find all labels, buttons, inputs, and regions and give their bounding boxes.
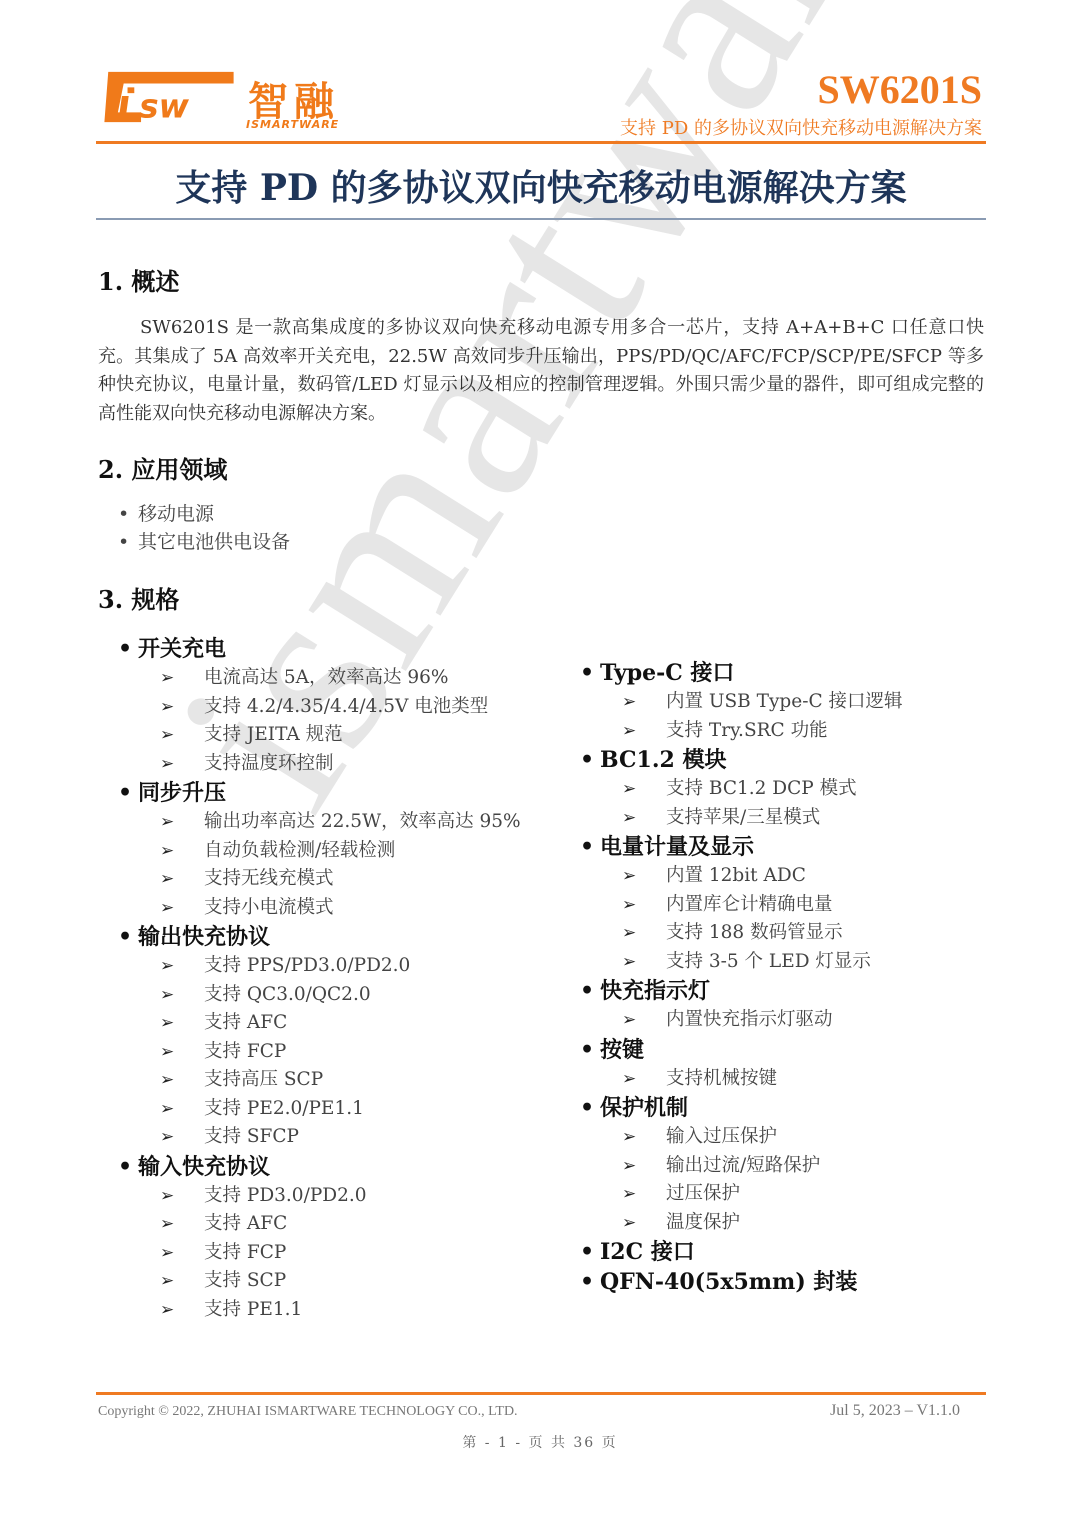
arrow-bullet-icon: ➢: [160, 693, 204, 722]
bullet-icon: •: [580, 976, 600, 1006]
spec-item: ➢支持高压 SCP: [118, 1066, 521, 1095]
section-heading-applications: 2. 应用领域: [98, 450, 227, 485]
spec-item-label: 支持 Try.SRC 功能: [666, 720, 828, 741]
spec-item: ➢支持 PPS/PD3.0/PD2.0: [118, 952, 521, 981]
spec-item-label: 内置 USB Type-C 接口逻辑: [666, 691, 903, 712]
arrow-bullet-icon: ➢: [622, 1209, 666, 1238]
arrow-bullet-icon: ➢: [622, 948, 666, 977]
spec-item: ➢支持 PE1.1: [118, 1296, 521, 1325]
arrow-bullet-icon: ➢: [160, 1210, 204, 1239]
spec-item-label: 支持 BC1.2 DCP 模式: [666, 778, 857, 799]
bullet-icon: •: [118, 922, 138, 952]
arrow-bullet-icon: ➢: [622, 717, 666, 746]
bullet-icon: •: [580, 1267, 600, 1297]
spec-item: ➢输入过压保护: [580, 1123, 903, 1152]
specs-left-column: •开关充电➢电流高达 5A，效率高达 96%➢支持 4.2/4.35/4.4/4…: [118, 634, 521, 1324]
spec-group-title: •QFN-40(5x5mm) 封装: [580, 1267, 903, 1297]
spec-item-label: 支持 PE1.1: [204, 1299, 302, 1320]
svg-text:sw: sw: [139, 87, 190, 124]
bullet-icon: •: [580, 1237, 600, 1267]
spec-group-title: •保护机制: [580, 1093, 903, 1123]
spec-item: ➢支持 SFCP: [118, 1123, 521, 1152]
arrow-bullet-icon: ➢: [622, 919, 666, 948]
overview-paragraph: SW6201S 是一款高集成度的多协议双向快充移动电源专用多合一芯片，支持 A+…: [98, 314, 984, 428]
product-number: SW6201S: [818, 66, 983, 113]
bullet-icon: •: [580, 832, 600, 862]
title-divider: [96, 218, 986, 220]
spec-group-label: 开关充电: [138, 636, 226, 662]
arrow-bullet-icon: ➢: [622, 775, 666, 804]
spec-item-label: 支持高压 SCP: [204, 1069, 323, 1090]
spec-item-label: 输出过流/短路保护: [666, 1155, 820, 1176]
spec-item-label: 内置库仑计精确电量: [666, 894, 833, 915]
spec-item: ➢支持温度环控制: [118, 750, 521, 779]
spec-item-label: 支持 AFC: [204, 1012, 287, 1033]
spec-group-label: 输出快充协议: [138, 924, 270, 950]
specs-right-column: •Type-C 接口➢内置 USB Type-C 接口逻辑➢支持 Try.SRC…: [580, 658, 903, 1297]
spec-group-label: QFN-40(5x5mm) 封装: [600, 1269, 857, 1295]
arrow-bullet-icon: ➢: [622, 1006, 666, 1035]
bullet-icon: •: [580, 1035, 600, 1065]
spec-item: ➢支持机械按键: [580, 1065, 903, 1094]
arrow-bullet-icon: ➢: [622, 862, 666, 891]
spec-item: ➢支持 Try.SRC 功能: [580, 717, 903, 746]
spec-item: ➢支持 SCP: [118, 1267, 521, 1296]
spec-item-label: 支持 QC3.0/QC2.0: [204, 984, 371, 1005]
spec-item-label: 支持 4.2/4.35/4.4/4.5V 电池类型: [204, 696, 488, 717]
copyright-text: Copyright © 2022, ZHUHAI ISMARTWARE TECH…: [98, 1404, 518, 1420]
spec-group-title: •按键: [580, 1035, 903, 1065]
spec-group-title: •开关充电: [118, 634, 521, 664]
arrow-bullet-icon: ➢: [160, 952, 204, 981]
arrow-bullet-icon: ➢: [160, 664, 204, 693]
spec-group-label: 输入快充协议: [138, 1154, 270, 1180]
bullet-icon: •: [118, 1152, 138, 1182]
spec-item: ➢支持 JEITA 规范: [118, 721, 521, 750]
document-title: 支持 PD 的多协议双向快充移动电源解决方案: [96, 160, 986, 211]
arrow-bullet-icon: ➢: [622, 688, 666, 717]
arrow-bullet-icon: ➢: [622, 1123, 666, 1152]
spec-item-label: 支持小电流模式: [204, 897, 334, 918]
spec-item: ➢支持 4.2/4.35/4.4/4.5V 电池类型: [118, 693, 521, 722]
arrow-bullet-icon: ➢: [160, 981, 204, 1010]
arrow-bullet-icon: ➢: [622, 804, 666, 833]
spec-item-label: 支持 3-5 个 LED 灯显示: [666, 951, 871, 972]
bullet-icon: •: [118, 528, 138, 556]
spec-item: ➢支持 PE2.0/PE1.1: [118, 1095, 521, 1124]
spec-item-label: 内置快充指示灯驱动: [666, 1009, 833, 1030]
spec-item-label: 支持 FCP: [204, 1041, 286, 1062]
list-item: •移动电源: [118, 500, 290, 528]
spec-item: ➢支持 188 数码管显示: [580, 919, 903, 948]
spec-item: ➢支持 QC3.0/QC2.0: [118, 981, 521, 1010]
spec-item-label: 电流高达 5A，效率高达 96%: [204, 667, 449, 688]
logo-english-name: ISMARTWARE: [246, 118, 339, 131]
spec-group-label: BC1.2 模块: [600, 747, 726, 773]
section-heading-overview: 1. 概述: [98, 262, 179, 297]
spec-item: ➢过压保护: [580, 1180, 903, 1209]
bullet-icon: •: [118, 500, 138, 528]
spec-item-label: 温度保护: [666, 1212, 740, 1233]
spec-item: ➢内置 USB Type-C 接口逻辑: [580, 688, 903, 717]
bullet-icon: •: [580, 658, 600, 688]
arrow-bullet-icon: ➢: [160, 1296, 204, 1325]
header-divider: [96, 141, 986, 144]
spec-item-label: 支持 SCP: [204, 1270, 286, 1291]
arrow-bullet-icon: ➢: [160, 894, 204, 923]
spec-item-label: 过压保护: [666, 1183, 740, 1204]
spec-item: ➢支持 AFC: [118, 1210, 521, 1239]
spec-group-label: 同步升压: [138, 780, 226, 806]
spec-group-title: •电量计量及显示: [580, 832, 903, 862]
spec-item-label: 支持机械按键: [666, 1068, 777, 1089]
spec-item: ➢自动负载检测/轻载检测: [118, 837, 521, 866]
version-date: Jul 5, 2023 – V1.1.0: [830, 1402, 960, 1420]
spec-item: ➢支持 PD3.0/PD2.0: [118, 1182, 521, 1211]
list-item: •其它电池供电设备: [118, 528, 290, 556]
application-label: 其它电池供电设备: [138, 531, 290, 553]
arrow-bullet-icon: ➢: [160, 1239, 204, 1268]
arrow-bullet-icon: ➢: [160, 1123, 204, 1152]
spec-item-label: 输入过压保护: [666, 1126, 777, 1147]
arrow-bullet-icon: ➢: [160, 1009, 204, 1038]
spec-group-label: 快充指示灯: [600, 978, 710, 1004]
spec-item: ➢温度保护: [580, 1209, 903, 1238]
spec-item: ➢支持 AFC: [118, 1009, 521, 1038]
spec-group-label: 按键: [600, 1037, 644, 1063]
bullet-icon: •: [580, 745, 600, 775]
arrow-bullet-icon: ➢: [160, 1095, 204, 1124]
spec-item: ➢支持 FCP: [118, 1239, 521, 1268]
spec-item: ➢支持小电流模式: [118, 894, 521, 923]
spec-item: ➢支持 3-5 个 LED 灯显示: [580, 948, 903, 977]
spec-group-title: •Type-C 接口: [580, 658, 903, 688]
arrow-bullet-icon: ➢: [622, 1065, 666, 1094]
spec-group-title: •快充指示灯: [580, 976, 903, 1006]
spec-group-label: Type-C 接口: [600, 660, 734, 686]
footer-divider: [96, 1392, 986, 1395]
spec-item-label: 支持 SFCP: [204, 1126, 299, 1147]
spec-item-label: 支持 PPS/PD3.0/PD2.0: [204, 955, 410, 976]
spec-item-label: 支持苹果/三星模式: [666, 807, 820, 828]
spec-group-title: •I2C 接口: [580, 1237, 903, 1267]
spec-group-label: 电量计量及显示: [600, 834, 754, 860]
spec-item: ➢支持无线充模式: [118, 865, 521, 894]
spec-item: ➢输出过流/短路保护: [580, 1152, 903, 1181]
spec-item: ➢支持 FCP: [118, 1038, 521, 1067]
arrow-bullet-icon: ➢: [622, 891, 666, 920]
spec-item: ➢内置库仑计精确电量: [580, 891, 903, 920]
spec-item-label: 支持温度环控制: [204, 753, 334, 774]
arrow-bullet-icon: ➢: [160, 1182, 204, 1211]
spec-item-label: 支持 PD3.0/PD2.0: [204, 1185, 367, 1206]
arrow-bullet-icon: ➢: [160, 750, 204, 779]
isw-logo-icon: sw: [100, 70, 238, 124]
spec-item-label: 支持 JEITA 规范: [204, 724, 343, 745]
overview-text: SW6201S 是一款高集成度的多协议双向快充移动电源专用多合一芯片，支持 A+…: [98, 317, 984, 424]
company-logo: sw: [100, 70, 238, 130]
arrow-bullet-icon: ➢: [160, 837, 204, 866]
arrow-bullet-icon: ➢: [622, 1152, 666, 1181]
spec-group-title: •输入快充协议: [118, 1152, 521, 1182]
arrow-bullet-icon: ➢: [160, 1038, 204, 1067]
arrow-bullet-icon: ➢: [160, 808, 204, 837]
spec-item: ➢支持苹果/三星模式: [580, 804, 903, 833]
spec-item: ➢支持 BC1.2 DCP 模式: [580, 775, 903, 804]
product-subtitle: 支持 PD 的多协议双向快充移动电源解决方案: [620, 114, 982, 140]
bullet-icon: •: [118, 778, 138, 808]
spec-item: ➢内置快充指示灯驱动: [580, 1006, 903, 1035]
spec-item-label: 内置 12bit ADC: [666, 865, 806, 886]
spec-group-title: •同步升压: [118, 778, 521, 808]
spec-item-label: 自动负载检测/轻载检测: [204, 840, 395, 861]
spec-item-label: 输出功率高达 22.5W，效率高达 95%: [204, 811, 521, 832]
spec-item-label: 支持 PE2.0/PE1.1: [204, 1098, 364, 1119]
spec-group-title: •BC1.2 模块: [580, 745, 903, 775]
arrow-bullet-icon: ➢: [160, 1066, 204, 1095]
spec-item: ➢电流高达 5A，效率高达 96%: [118, 664, 521, 693]
application-label: 移动电源: [138, 503, 214, 525]
section-heading-specs: 3. 规格: [98, 580, 179, 615]
arrow-bullet-icon: ➢: [160, 721, 204, 750]
applications-list: •移动电源 •其它电池供电设备: [118, 500, 290, 556]
spec-item: ➢内置 12bit ADC: [580, 862, 903, 891]
arrow-bullet-icon: ➢: [622, 1180, 666, 1209]
spec-item-label: 支持 FCP: [204, 1242, 286, 1263]
spec-group-label: 保护机制: [600, 1095, 688, 1121]
spec-item: ➢输出功率高达 22.5W，效率高达 95%: [118, 808, 521, 837]
bullet-icon: •: [118, 634, 138, 664]
document-page: ismartware sw 智融 ISMARTWARE SW6201S 支持 P…: [0, 0, 1080, 1527]
arrow-bullet-icon: ➢: [160, 1267, 204, 1296]
page-number: 第 - 1 - 页 共 36 页: [0, 1432, 1080, 1452]
bullet-icon: •: [580, 1093, 600, 1123]
spec-group-label: I2C 接口: [600, 1239, 695, 1265]
arrow-bullet-icon: ➢: [160, 865, 204, 894]
spec-item-label: 支持 AFC: [204, 1213, 287, 1234]
spec-item-label: 支持无线充模式: [204, 868, 334, 889]
spec-item-label: 支持 188 数码管显示: [666, 922, 843, 943]
spec-group-title: •输出快充协议: [118, 922, 521, 952]
